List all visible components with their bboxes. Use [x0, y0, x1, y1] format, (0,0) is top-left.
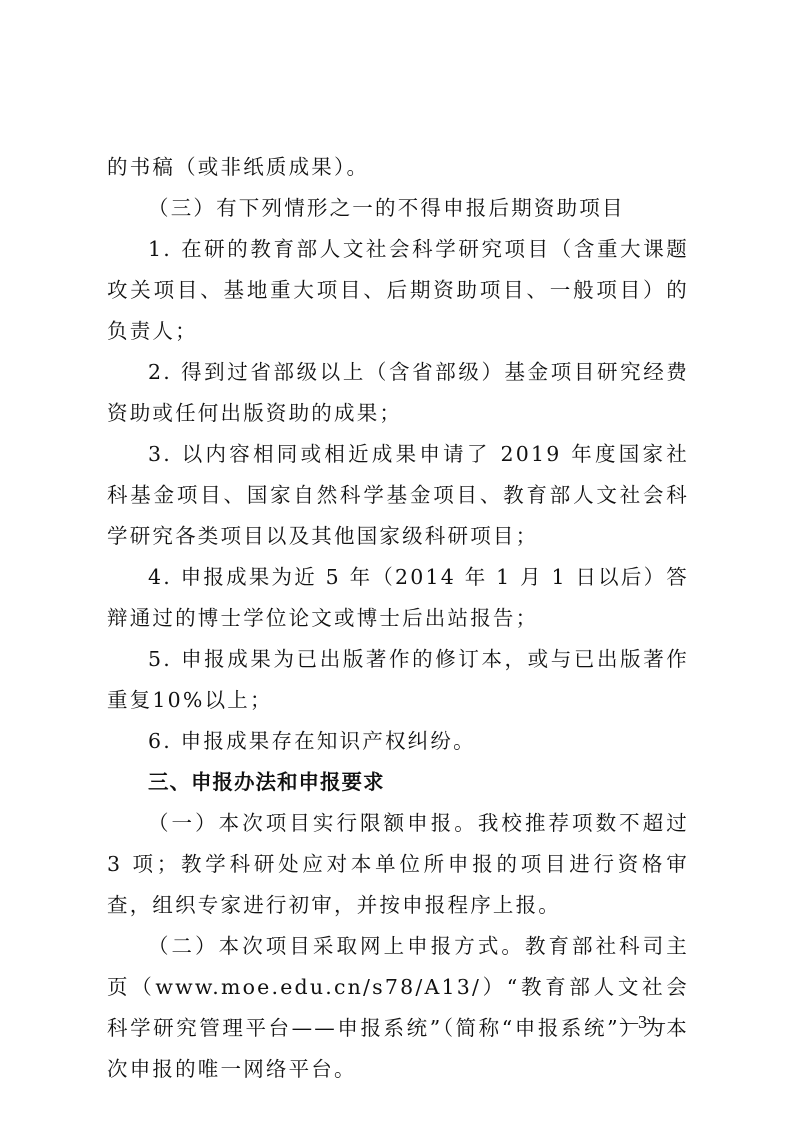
list-item-3: 3. 以内容相同或相近成果申请了 2019 年度国家社科基金项目、国家自然科学基…	[107, 434, 689, 557]
paragraph-continuation: 的书稿（或非纸质成果）。	[107, 147, 689, 188]
list-item-1: 1. 在研的教育部人文社会科学研究项目（含重大课题攻关项目、基地重大项目、后期资…	[107, 229, 689, 352]
section-heading-3: 三、申报办法和申报要求	[107, 762, 689, 803]
list-item-4: 4. 申报成果为近 5 年（2014 年 1 月 1 日以后）答辩通过的博士学位…	[107, 557, 689, 639]
document-body: 的书稿（或非纸质成果）。 （三）有下列情形之一的不得申报后期资助项目 1. 在研…	[107, 147, 689, 1090]
list-item-2: 2. 得到过省部级以上（含省部级）基金项目研究经费资助或任何出版资助的成果；	[107, 352, 689, 434]
page-number: —3—	[620, 1012, 665, 1033]
subsection-heading-ineligible: （三）有下列情形之一的不得申报后期资助项目	[107, 188, 689, 229]
list-item-5: 5. 申报成果为已出版著作的修订本，或与已出版著作重复10%以上；	[107, 639, 689, 721]
paragraph-online-submission: （二）本次项目采取网上申报方式。教育部社科司主页（www.moe.edu.cn/…	[107, 926, 689, 1090]
list-item-6: 6. 申报成果存在知识产权纠纷。	[107, 721, 689, 762]
paragraph-quota: （一）本次项目实行限额申报。我校推荐项数不超过 3 项；教学科研处应对本单位所申…	[107, 803, 689, 926]
